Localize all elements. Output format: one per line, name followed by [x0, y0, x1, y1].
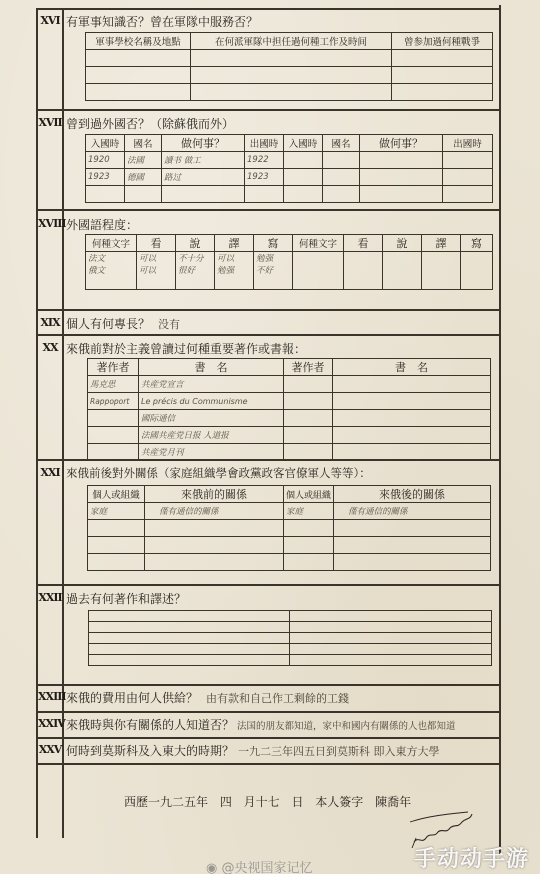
section-question: 過去有何著作和譯述？	[66, 590, 186, 607]
section-number: XXII	[38, 591, 62, 604]
table-row	[89, 644, 492, 655]
answer-text: 一九二三年四五日到莫斯科 即入東方大學	[238, 745, 440, 758]
section-question: 個人有何專長？没有	[66, 315, 180, 332]
section-number: XXV	[38, 743, 62, 756]
table-row: 馬克思 共産党宣言	[88, 376, 491, 393]
table-row: 共産党月刊	[88, 444, 491, 461]
table-header: 書 名	[333, 359, 491, 376]
table-header: 說	[383, 235, 422, 252]
table-header: 出國時	[245, 135, 284, 152]
table-row	[89, 655, 492, 666]
table-row	[88, 520, 491, 537]
table-row: 法國共産党日报 人道报	[88, 427, 491, 444]
section-divider	[36, 109, 499, 111]
frame-right-border	[499, 5, 501, 855]
table-header: 何種文字	[293, 235, 344, 252]
answer-text: 法国的朋友都知道，家中和國内有關係的人也都知道	[237, 721, 456, 732]
section-question: 來俄時與你有關係的人知道否？法国的朋友都知道，家中和國内有關係的人也都知道	[66, 716, 456, 733]
section-divider	[36, 711, 499, 713]
section-number: XVII	[38, 116, 62, 129]
table-header: 做何事？	[162, 135, 245, 152]
table-row	[88, 554, 491, 571]
table-header: 入國時	[86, 135, 125, 152]
section-divider	[36, 334, 499, 336]
section-divider	[36, 763, 499, 765]
weibo-watermark: ◉ @央视国家记忆	[206, 857, 313, 874]
section-divider	[36, 684, 499, 686]
table-row	[89, 622, 492, 633]
frame-left-border	[36, 8, 38, 838]
table-row: 國际通信	[88, 410, 491, 427]
military-experience-table: 軍事學校名稱及地點 在何派軍隊中担任過何種工作及時间 曾参加過何種戰爭	[85, 32, 493, 101]
table-header: 譯	[215, 235, 254, 252]
section-number: XVIII	[38, 217, 62, 230]
table-header: 入國時	[284, 135, 323, 152]
section-divider	[36, 309, 499, 311]
table-header: 個人或組織	[284, 486, 334, 503]
frame-number-column-divider	[62, 8, 64, 838]
table-header: 著作者	[88, 359, 139, 376]
question-text: 個人有何專長？	[66, 317, 150, 331]
table-row	[86, 67, 493, 84]
foreign-language-table: 何種文字 看 說 譯 寫 何種文字 看 說 譯 寫 法文 俄文 可以 可以 不十…	[85, 234, 493, 290]
table-row: 家庭 僅有通信的關係 家庭 僅有通信的關係	[88, 503, 491, 520]
section-question: 曾到過外國否？（除蘇俄而外）	[66, 115, 234, 132]
answer-text: 没有	[158, 318, 180, 331]
table-header: 譯	[422, 235, 461, 252]
table-header: 做何事？	[360, 135, 443, 152]
question-text: 何時到莫斯科及入東大的時期？	[66, 744, 234, 758]
section-number: XVI	[38, 14, 62, 27]
table-row: 1923 德國 路过 1923	[86, 169, 493, 186]
table-row	[89, 611, 492, 622]
table-row	[89, 633, 492, 644]
relations-table: 個人或組織 來俄前的關係 個人或組織 來俄後的關係 家庭 僅有通信的關係 家庭 …	[87, 485, 491, 571]
table-row: Rappoport Le précis du Communisme	[88, 393, 491, 410]
table-header: 來俄前的關係	[145, 486, 284, 503]
table-header: 著作者	[284, 359, 333, 376]
section-question: 來俄前後對外關係（家庭組織學會政黨政客官僚軍人等等）：	[66, 465, 371, 481]
section-question: 何時到莫斯科及入東大的時期？一九二三年四五日到莫斯科 即入東方大學	[66, 742, 440, 759]
table-header: 曾参加過何種戰爭	[392, 33, 493, 50]
table-header: 寫	[254, 235, 293, 252]
section-number: XX	[38, 341, 62, 354]
table-header: 寫	[461, 235, 493, 252]
readings-table: 著作者 書 名 著作者 書 名 馬克思 共産党宣言 Rappoport Le p…	[87, 358, 491, 461]
section-number: XXI	[38, 466, 62, 479]
brand-overlay: 手动动手游	[414, 842, 529, 873]
section-divider	[36, 209, 499, 211]
table-row	[88, 537, 491, 554]
table-row	[86, 186, 493, 203]
foreign-travel-table: 入國時 國名 做何事？ 出國時 入國時 國名 做何事？ 出國時 1920 法國 …	[85, 134, 493, 203]
answer-text: 由有款和自己作工剩餘的工錢	[206, 692, 349, 705]
section-number: XXIII	[38, 690, 62, 703]
table-header: 書 名	[139, 359, 284, 376]
table-header: 看	[344, 235, 383, 252]
section-question: 外國語程度：	[66, 216, 138, 233]
weibo-icon: ◉	[206, 861, 221, 874]
section-divider	[36, 584, 499, 586]
table-header: 何種文字	[86, 235, 137, 252]
section-number: XIX	[38, 316, 62, 329]
section-question: 來俄前對於主義曾讀过何種重要著作或書報：	[66, 340, 306, 357]
question-text: 來俄時與你有關係的人知道否？	[66, 718, 234, 732]
table-row: 法文 俄文 可以 可以 不十分 很好 可以 勉强 勉强 不好	[86, 252, 493, 290]
table-header: 來俄後的關係	[334, 486, 491, 503]
frame-top-border	[36, 8, 499, 10]
table-header: 說	[176, 235, 215, 252]
section-divider	[36, 737, 499, 739]
table-header: 看	[137, 235, 176, 252]
section-question: 有軍事知識否？曾在軍隊中服務否？	[66, 13, 258, 30]
table-header: 出國時	[443, 135, 493, 152]
date-signature-line: 西歷一九二五年 四 月十七 日 本人簽字 陳喬年	[124, 793, 411, 810]
question-text: 來俄的費用由何人供給？	[66, 691, 198, 705]
table-row	[86, 84, 493, 101]
table-row: 1920 法國 讀书 做工 1922	[86, 152, 493, 169]
table-header: 個人或組織	[88, 486, 145, 503]
table-header: 國名	[323, 135, 360, 152]
table-header: 軍事學校名稱及地點	[86, 33, 191, 50]
writings-table	[88, 610, 492, 666]
table-header: 國名	[125, 135, 162, 152]
table-row	[86, 50, 493, 67]
section-number: XXIV	[38, 717, 62, 730]
table-header: 在何派軍隊中担任過何種工作及時间	[191, 33, 392, 50]
section-question: 來俄的費用由何人供給？由有款和自己作工剩餘的工錢	[66, 689, 349, 706]
